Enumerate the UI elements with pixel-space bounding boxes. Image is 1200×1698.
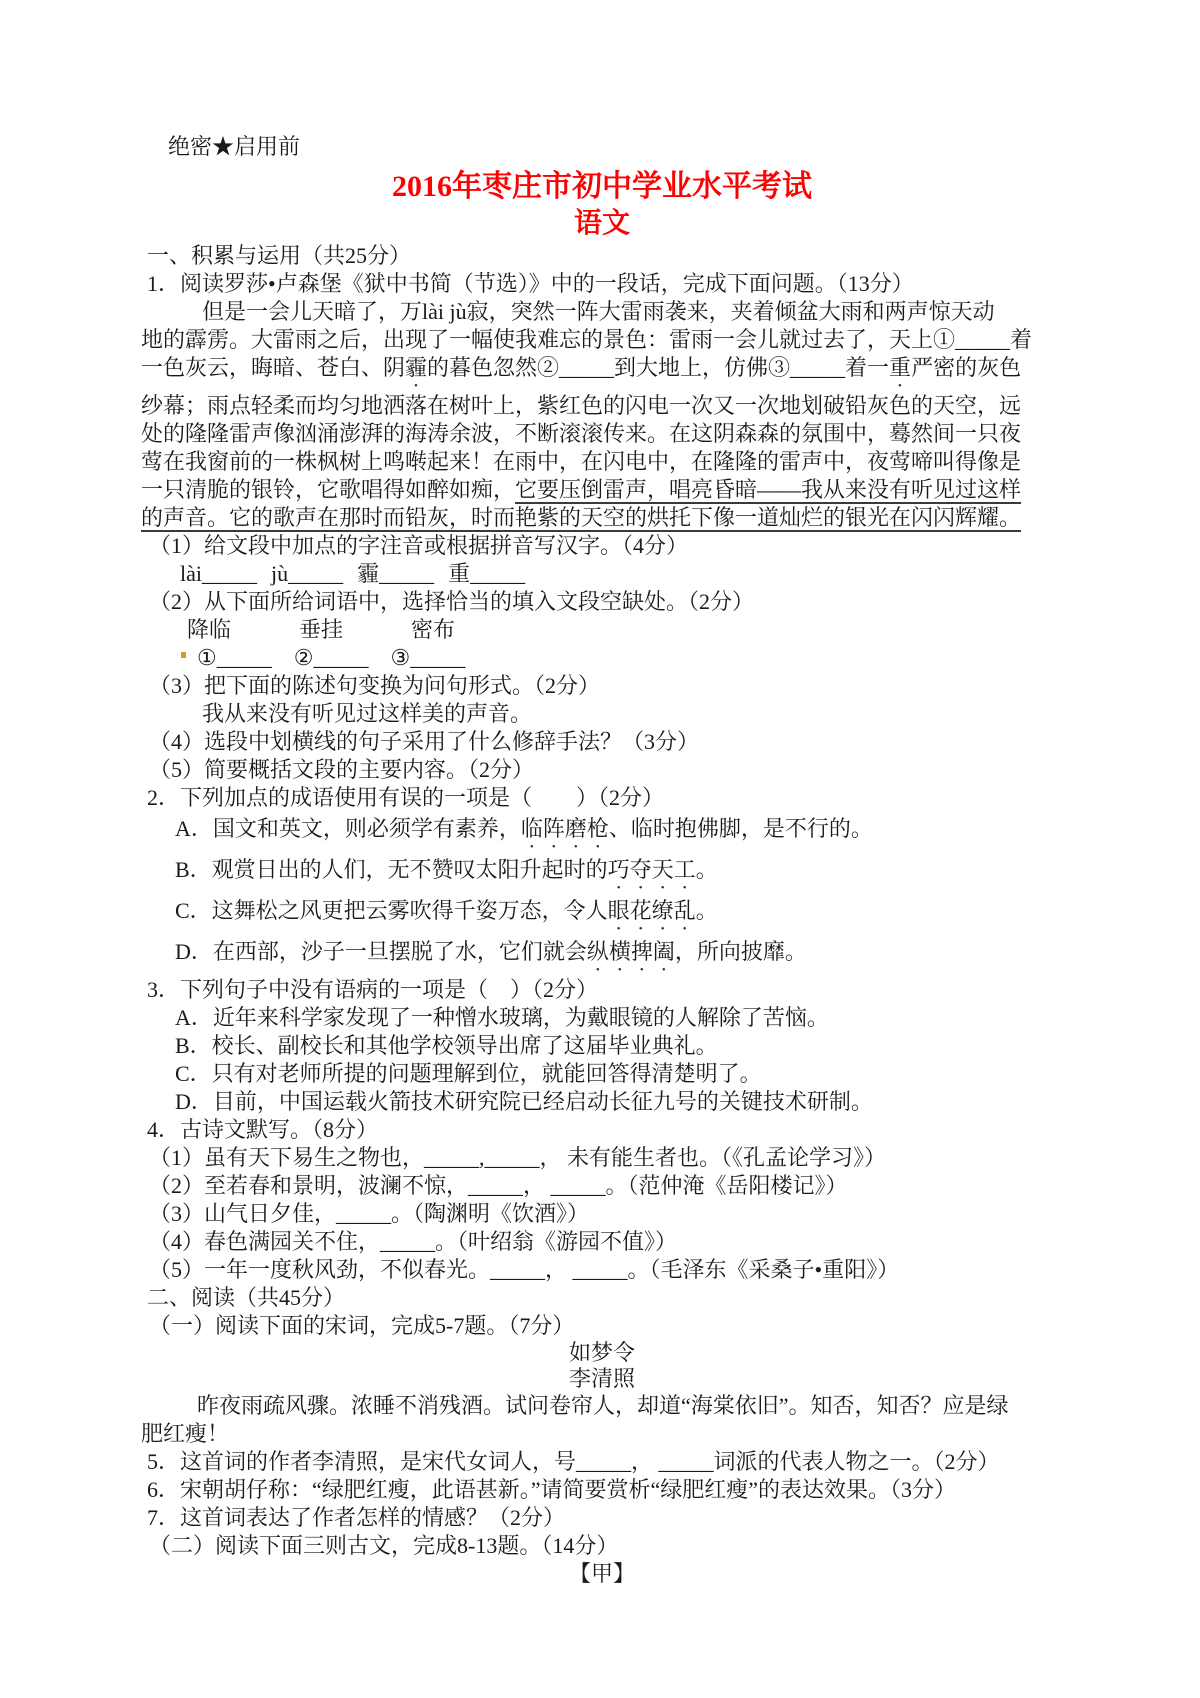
poem-line: 肥红瘦！ — [141, 1420, 1200, 1448]
q2-option-b: B．观赏日出的人们，无不赞叹太阳升起时的巧夺天工。 — [141, 853, 1200, 894]
underlined-sentence: 它要压倒雷声，唱亮昏暗——我从来没有听见过这样 — [515, 477, 1021, 502]
part-1-stem: （一）阅读下面的宋词，完成5-7题。（7分） — [141, 1312, 1200, 1340]
q2-stem: 2．下列加点的成语使用有误的一项是（ ）（2分） — [141, 784, 1200, 812]
section-2-heading: 二、阅读（共45分） — [141, 1284, 1200, 1312]
numbered-blank: ③_____ — [390, 644, 465, 672]
pinyin-blank: lài_____ — [180, 560, 257, 588]
word-bank-item: 垂挂 — [299, 616, 343, 644]
dotted-idiom: 眼花缭乱 — [608, 898, 696, 923]
q1-pinyin-blanks-row: lài_____jù_____霾_____重_____ — [141, 560, 1200, 588]
underlined-sentence: 的声音。它的歌声在那时而铅灰，时而艳紫的天空的烘托下像一道灿烂的银光在闪闪辉耀。 — [141, 505, 1021, 530]
word-bank-item: 降临 — [187, 616, 231, 644]
passage-line: 但是一会儿天暗了，万lài jù寂，突然一阵大雷雨袭来，夹着倾盆大雨和两声惊天动 — [141, 298, 1200, 326]
q1-stem: 1．阅读罗莎•卢森堡《狱中书简（节选）》中的一段话，完成下面问题。（13分） — [141, 270, 1200, 298]
q4-stem: 4．古诗文默写。（8分） — [141, 1116, 1200, 1144]
word-bank-item: 密布 — [411, 616, 455, 644]
passage-line: 的声音。它的歌声在那时而铅灰，时而艳紫的天空的烘托下像一道灿烂的银光在闪闪辉耀。 — [141, 504, 1200, 532]
q2-option-c: C．这舞松之风更把云雾吹得千姿万态，令人眼花缭乱。 — [141, 894, 1200, 935]
passage-jia-label: 【甲】 — [141, 1560, 1063, 1588]
q2-option-d: D．在西部，沙子一旦摆脱了水，它们就会纵横捭阖，所向披靡。 — [141, 935, 1200, 976]
exam-paper-page: 绝密★启用前 2016年枣庄市初中学业水平考试 语文 一、积累与运用（共25分）… — [0, 0, 1200, 1698]
passage-line: 处的隆隆雷声像汹涌澎湃的海涛余波，不断滚滚传来。在这阴森森的氛围中，蓦然间一只夜 — [141, 420, 1200, 448]
dotted-char-zhong: 重 — [889, 355, 911, 380]
q1-sub5-stem: （5）简要概括文段的主要内容。（2分） — [141, 756, 1200, 784]
part-2-stem: （二）阅读下面三则古文，完成8-13题。（14分） — [141, 1532, 1200, 1560]
q4-item-1: （1）虽有天下易生之物也，_____,_____， 未有能生者也。（《孔孟论学习… — [141, 1144, 1200, 1172]
pinyin-blank: 重_____ — [448, 560, 525, 588]
exam-subject-title: 语文 — [141, 205, 1063, 242]
passage-line: 一色灰云，晦暗、苍白、阴霾的暮色忽然②_____到大地上，仿佛③_____着一重… — [141, 354, 1200, 392]
q3-option-c: C．只有对老师所提的问题理解到位，就能回答得清楚明了。 — [141, 1060, 1200, 1088]
numbered-blank: ①_____ — [197, 644, 272, 672]
dotted-char-mai: 霾 — [405, 355, 427, 380]
q4-item-2: （2）至若春和景明，波澜不惊，_____， _____。（范仲淹《岳阳楼记》） — [141, 1172, 1200, 1200]
passage-line: 一只清脆的银铃，它歌唱得如醉如痴，它要压倒雷声，唱亮昏暗——我从来没有听见过这样 — [141, 476, 1200, 504]
dotted-idiom: 临阵磨枪 — [521, 816, 609, 841]
q3-option-b: B．校长、副校长和其他学校领导出席了这届毕业典礼。 — [141, 1032, 1200, 1060]
q4-item-5: （5）一年一度秋风劲，不似春光。_____， _____。（毛泽东《采桑子•重阳… — [141, 1256, 1200, 1284]
poem-line: 昨夜雨疏风骤。浓睡不消残酒。试问卷帘人，却道“海棠依旧”。知否，知否？应是绿 — [141, 1392, 1200, 1420]
q2-option-a: A．国文和英文，则必须学有素养，临阵磨枪、临时抱佛脚，是不行的。 — [141, 812, 1200, 853]
passage-line: 莺在我窗前的一株枫树上鸣啭起来！在雨中，在闪电中，在隆隆的雷声中，夜莺啼叫得像是 — [141, 448, 1200, 476]
q7-stem: 7．这首词表达了作者怎样的情感？（2分） — [141, 1504, 1200, 1532]
pinyin-blank: jù_____ — [271, 560, 343, 588]
numbered-blank: ②_____ — [294, 644, 369, 672]
q4-item-4: （4）春色满园关不住，_____。（叶绍翁《游园不值》） — [141, 1228, 1200, 1256]
secrecy-label: 绝密★启用前 — [141, 133, 1200, 161]
poem-author: 李清照 — [141, 1366, 1063, 1392]
q1-sub4-stem: （4）选段中划横线的句子采用了什么修辞手法？（3分） — [141, 728, 1200, 756]
q1-sub1-stem: （1）给文段中加点的字注音或根据拼音写汉字。（4分） — [141, 532, 1200, 560]
scan-artifact-dot — [181, 652, 186, 658]
q1-numbered-blanks-row: ①_____②_____③_____ — [141, 644, 1200, 672]
q5-stem: 5．这首词的作者李清照，是宋代女词人，号_____， _____词派的代表人物之… — [141, 1448, 1200, 1476]
exam-title: 2016年枣庄市初中学业水平考试 — [141, 169, 1063, 205]
section-1-heading: 一、积累与运用（共25分） — [141, 242, 1200, 270]
q3-stem: 3．下列句子中没有语病的一项是（ ）（2分） — [141, 976, 1200, 1004]
passage-line: 地的霹雳。大雷雨之后，出现了一幅使我难忘的景色：雷雨一会儿就过去了，天上①___… — [141, 326, 1200, 354]
q1-sub3-stem: （3）把下面的陈述句变换为问句形式。（2分） — [141, 672, 1200, 700]
pinyin-blank: 霾_____ — [357, 560, 434, 588]
dotted-idiom: 纵横捭阖 — [587, 939, 675, 964]
dotted-idiom: 巧夺天工 — [608, 857, 696, 882]
q3-option-d: D．目前，中国运载火箭技术研究院已经启动长征九号的关键技术研制。 — [141, 1088, 1200, 1116]
q3-option-a: A．近年来科学家发现了一种憎水玻璃，为戴眼镜的人解除了苦恼。 — [141, 1004, 1200, 1032]
poem-title: 如梦令 — [141, 1340, 1063, 1366]
q6-stem: 6．宋朝胡仔称：“绿肥红瘦，此语甚新。”请简要赏析“绿肥红瘦”的表达效果。（3分… — [141, 1476, 1200, 1504]
q1-sub3-sentence: 我从来没有听见过这样美的声音。 — [141, 700, 1200, 728]
passage-line: 纱幕；雨点轻柔而均匀地洒落在树叶上，紫红色的闪电一次又一次地划破铅灰色的天空，远 — [141, 392, 1200, 420]
q4-item-3: （3）山气日夕佳，_____。（陶渊明《饮酒》） — [141, 1200, 1200, 1228]
q1-word-bank-row: 降临垂挂密布 — [141, 616, 1200, 644]
q1-sub2-stem: （2）从下面所给词语中，选择恰当的填入文段空缺处。（2分） — [141, 588, 1200, 616]
